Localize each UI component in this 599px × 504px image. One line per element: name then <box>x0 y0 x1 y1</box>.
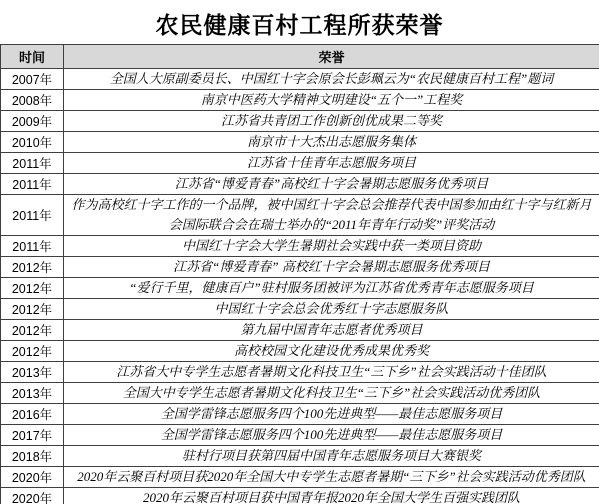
year-cell: 2011年 <box>1 174 64 195</box>
table-row: 2011年作为高校红十字工作的一个品牌，被中国红十字会总会推荐代表中国参加由红十… <box>1 195 599 236</box>
year-cell: 2008年 <box>1 90 64 111</box>
year-cell: 2010年 <box>1 132 64 153</box>
year-cell: 2020年 <box>1 488 64 504</box>
honor-cell: 中国红十字会总会优秀红十字志愿服务队 <box>64 299 599 320</box>
year-cell: 2012年 <box>1 320 64 341</box>
table-row: 2009年江苏省共青团工作创新创优成果二等奖 <box>1 111 599 132</box>
table-row: 2020年2020年云聚百村项目获2020年全国大中专学生志愿者暑期“三下乡”社… <box>1 467 599 488</box>
table-row: 2012年“爱行千里，健康百户”驻村服务团被评为江苏省优秀青年志愿服务项目 <box>1 278 599 299</box>
honor-cell: 江苏省“博爱青春”高校红十字会暑期志愿服务优秀项目 <box>64 174 599 195</box>
honor-cell: 南京市十大杰出志愿服务集体 <box>64 132 599 153</box>
table-row: 2013年全国大中专学生志愿者暑期文化科技卫生“三下乡”社会实践活动优秀团队 <box>1 383 599 404</box>
honor-cell: 高校校园文化建设优秀成果优秀奖 <box>64 341 599 362</box>
year-cell: 2012年 <box>1 299 64 320</box>
honor-cell: 中国红十字会大学生暑期社会实践中获一类项目资助 <box>64 236 599 257</box>
honor-cell: 全国大中专学生志愿者暑期文化科技卫生“三下乡”社会实践活动优秀团队 <box>64 383 599 404</box>
honor-cell: 第九届中国青年志愿者优秀项目 <box>64 320 599 341</box>
table-row: 2012年第九届中国青年志愿者优秀项目 <box>1 320 599 341</box>
year-cell: 2013年 <box>1 362 64 383</box>
year-cell: 2007年 <box>1 69 64 90</box>
honor-cell: 全国学雷锋志愿服务四个100先进典型——最佳志愿服务项目 <box>64 425 599 446</box>
year-cell: 2012年 <box>1 257 64 278</box>
year-cell: 2011年 <box>1 195 64 236</box>
table-header-row: 时间 荣誉 <box>1 45 599 69</box>
table-row: 2011年江苏省十佳青年志愿服务项目 <box>1 153 599 174</box>
table-row: 2011年江苏省“博爱青春”高校红十字会暑期志愿服务优秀项目 <box>1 174 599 195</box>
honor-cell: 南京中医药大学精神文明建设“五个一”工程奖 <box>64 90 599 111</box>
table-row: 2012年高校校园文化建设优秀成果优秀奖 <box>1 341 599 362</box>
honor-cell: 全国学雷锋志愿服务四个100先进典型——最佳志愿服务项目 <box>64 404 599 425</box>
table-row: 2013年江苏省大中专学生志愿者暑期文化科技卫生“三下乡”社会实践活动十佳团队 <box>1 362 599 383</box>
table-row: 2017年全国学雷锋志愿服务四个100先进典型——最佳志愿服务项目 <box>1 425 599 446</box>
honor-cell: 驻村行项目获第四届中国青年志愿服务项目大赛银奖 <box>64 446 599 467</box>
page: 农民健康百村工程所获荣誉 时间 荣誉 2007年全国人大原副委员长、中国红十字会… <box>0 0 599 504</box>
year-cell: 2016年 <box>1 404 64 425</box>
year-cell: 2012年 <box>1 278 64 299</box>
table-row: 2016年全国学雷锋志愿服务四个100先进典型——最佳志愿服务项目 <box>1 404 599 425</box>
table-row: 2020年2020年云聚百村项目获中国青年报2020年全国大学生百强实践团队 <box>1 488 599 504</box>
table-row: 2011年中国红十字会大学生暑期社会实践中获一类项目资助 <box>1 236 599 257</box>
table-row: 2010年南京市十大杰出志愿服务集体 <box>1 132 599 153</box>
honors-table: 时间 荣誉 2007年全国人大原副委员长、中国红十字会原会长彭珮云为“农民健康百… <box>0 44 599 504</box>
honor-cell: 江苏省大中专学生志愿者暑期文化科技卫生“三下乡”社会实践活动十佳团队 <box>64 362 599 383</box>
honor-cell: 2020年云聚百村项目获2020年全国大中专学生志愿者暑期“三下乡”社会实践活动… <box>64 467 599 488</box>
page-title: 农民健康百村工程所获荣誉 <box>0 0 599 44</box>
year-cell: 2012年 <box>1 341 64 362</box>
honor-cell: 2020年云聚百村项目获中国青年报2020年全国大学生百强实践团队 <box>64 488 599 504</box>
year-cell: 2009年 <box>1 111 64 132</box>
table-row: 2018年驻村行项目获第四届中国青年志愿服务项目大赛银奖 <box>1 446 599 467</box>
table-row: 2008年南京中医药大学精神文明建设“五个一”工程奖 <box>1 90 599 111</box>
column-header-time: 时间 <box>1 45 64 69</box>
year-cell: 2017年 <box>1 425 64 446</box>
year-cell: 2020年 <box>1 467 64 488</box>
table-row: 2012年中国红十字会总会优秀红十字志愿服务队 <box>1 299 599 320</box>
honor-cell: 江苏省“博爱青春” 高校红十字会暑期志愿服务优秀项目 <box>64 257 599 278</box>
column-header-honor: 荣誉 <box>64 45 599 69</box>
year-cell: 2013年 <box>1 383 64 404</box>
honor-cell: “爱行千里，健康百户”驻村服务团被评为江苏省优秀青年志愿服务项目 <box>64 278 599 299</box>
honor-cell: 作为高校红十字工作的一个品牌，被中国红十字会总会推荐代表中国参加由红十字与红新月… <box>64 195 599 236</box>
year-cell: 2011年 <box>1 153 64 174</box>
honor-cell: 全国人大原副委员长、中国红十字会原会长彭珮云为“农民健康百村工程”题词 <box>64 69 599 90</box>
honor-cell: 江苏省共青团工作创新创优成果二等奖 <box>64 111 599 132</box>
table-row: 2007年全国人大原副委员长、中国红十字会原会长彭珮云为“农民健康百村工程”题词 <box>1 69 599 90</box>
year-cell: 2018年 <box>1 446 64 467</box>
honor-cell: 江苏省十佳青年志愿服务项目 <box>64 153 599 174</box>
honors-table-body: 2007年全国人大原副委员长、中国红十字会原会长彭珮云为“农民健康百村工程”题词… <box>1 69 599 504</box>
table-row: 2012年江苏省“博爱青春” 高校红十字会暑期志愿服务优秀项目 <box>1 257 599 278</box>
year-cell: 2011年 <box>1 236 64 257</box>
